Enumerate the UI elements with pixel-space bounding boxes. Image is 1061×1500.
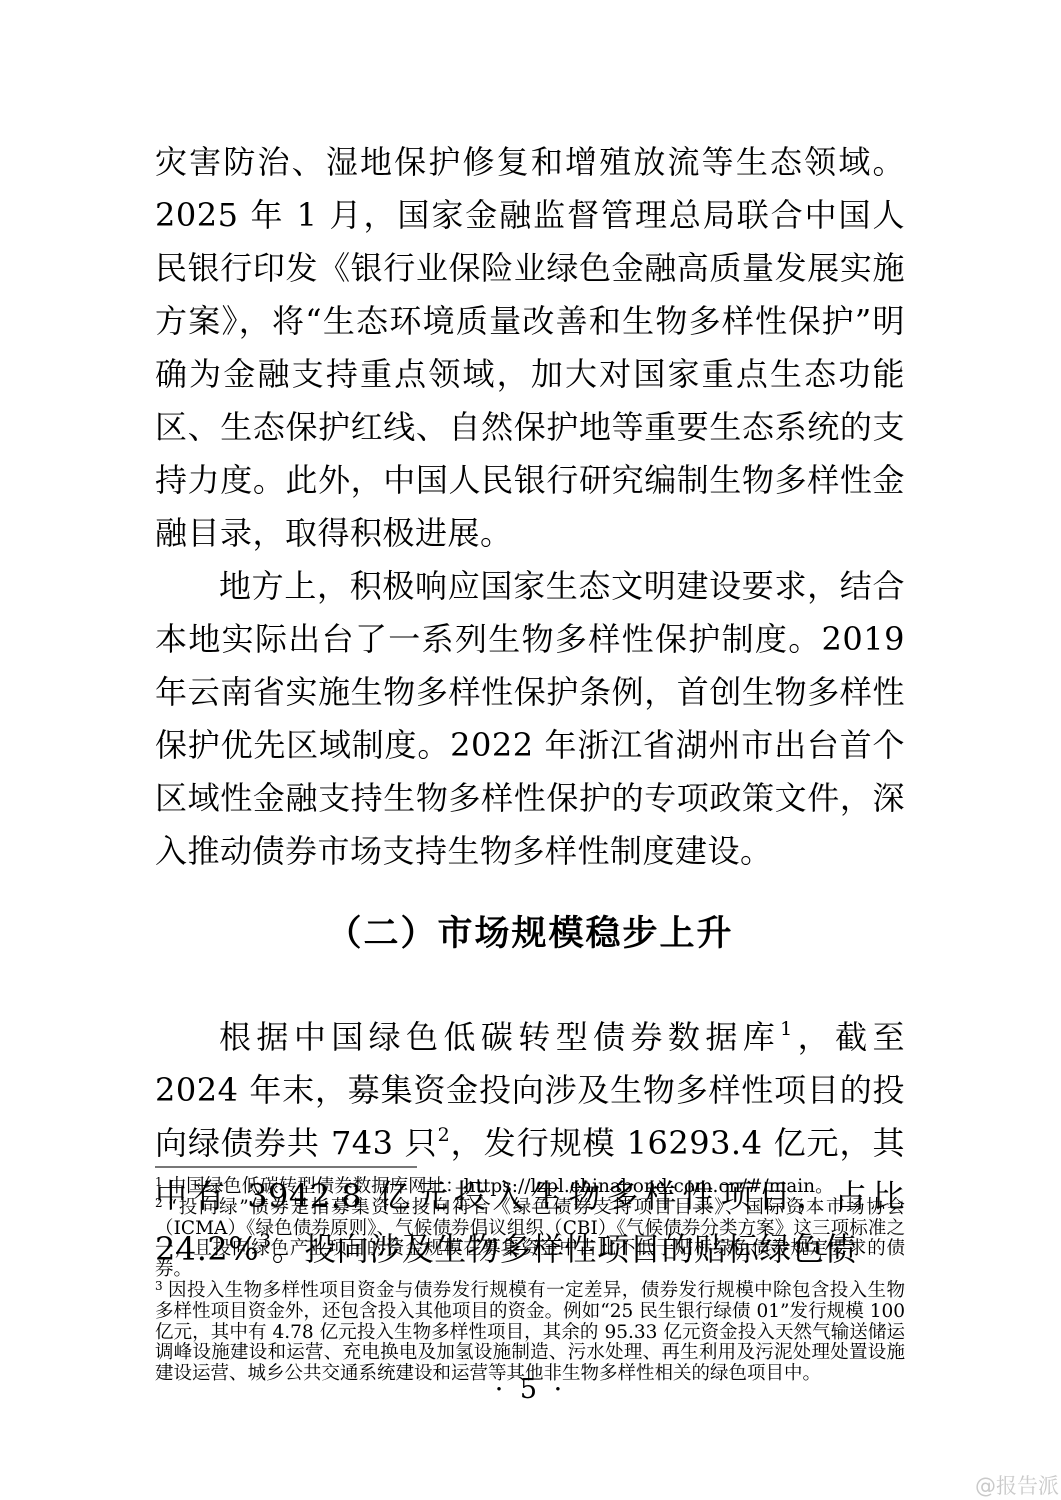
footnote-text: 因投入生物多样性项目资金与债券发行规模有一定差异，债券发行规模中除包含投入生物多… — [155, 1280, 905, 1384]
body-paragraph: 地方上，积极响应国家生态文明建设要求，结合本地实际出台了一系列生物多样性保护制度… — [155, 560, 905, 878]
footnote-reference: 2 — [438, 1124, 451, 1146]
footnote-number: 1 — [155, 1175, 163, 1189]
text-run: 地方上，积极响应国家生态文明建设要求，结合本地实际出台了一系列生物多样性保护制度… — [155, 567, 905, 870]
text-run: 根据中国绿色低碳转型债券数据库 — [219, 1018, 780, 1056]
footnote-text: 中国绿色低碳转型债券数据库网址：https://lzpl.chinabond.c… — [168, 1176, 834, 1197]
watermark: @报告派 — [975, 1470, 1059, 1500]
footnote-text: “投向绿”债券是指募集资金投向符合《绿色债券支持项目目录》、国际资本市场协会（I… — [155, 1197, 905, 1280]
footnote-separator — [155, 1166, 417, 1168]
document-page: 灾害防治、湿地保护修复和增殖放流等生态领域。2025 年 1 月，国家金融监督管… — [0, 0, 1061, 1500]
page-number: · 5 · — [0, 1374, 1061, 1405]
footnote-number: 2 — [155, 1196, 163, 1210]
footnote: 1中国绿色低碳转型债券数据库网址：https://lzpl.chinabond.… — [155, 1177, 905, 1198]
footnote-block: 1中国绿色低碳转型债券数据库网址：https://lzpl.chinabond.… — [155, 1166, 905, 1385]
footnote: 2“投向绿”债券是指募集资金投向符合《绿色债券支持项目目录》、国际资本市场协会（… — [155, 1198, 905, 1281]
footnote-list: 1中国绿色低碳转型债券数据库网址：https://lzpl.chinabond.… — [155, 1177, 905, 1385]
footnote-reference: 1 — [780, 1018, 793, 1040]
footnote: 3因投入生物多样性项目资金与债券发行规模有一定差异，债券发行规模中除包含投入生物… — [155, 1281, 905, 1385]
page-content: 灾害防治、湿地保护修复和增殖放流等生态领域。2025 年 1 月，国家金融监督管… — [155, 136, 905, 1276]
text-run: 灾害防治、湿地保护修复和增殖放流等生态领域。2025 年 1 月，国家金融监督管… — [155, 143, 905, 552]
section-heading: （二）市场规模稳步上升 — [155, 908, 905, 961]
body-paragraph-continued: 灾害防治、湿地保护修复和增殖放流等生态领域。2025 年 1 月，国家金融监督管… — [155, 136, 905, 560]
footnote-number: 3 — [155, 1279, 163, 1293]
